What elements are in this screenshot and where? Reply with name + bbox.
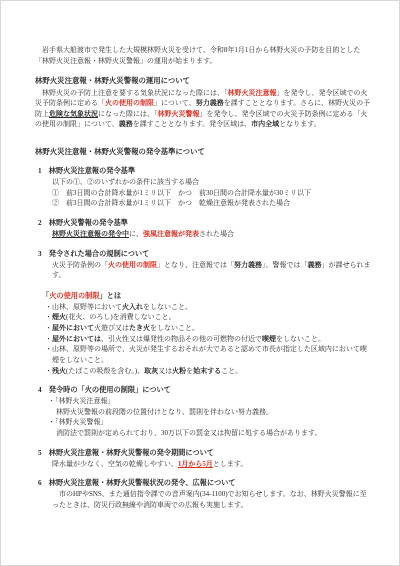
heading-criteria: 林野火災注意報・林野火災警報の発令基準について bbox=[35, 146, 371, 157]
item4-keiho-description: 消防法で罰則が定められており、30万以下の罰金又は拘留に処する場合があります。 bbox=[56, 428, 371, 439]
item4-bullet-chuiho: ・「林野火災注意報」 bbox=[48, 396, 371, 407]
item2-heading: 2 林野火災警報の発令基準 bbox=[38, 218, 371, 229]
restriction-bullet-6: ・残火(たばこの吸殻を含む。)、取灰又は火粉を始末すること。 bbox=[45, 366, 371, 377]
item1-condition1: ① 前3日間の合計降水量が1ミリ以下 かつ 前30日間の合計降水量が30ミリ以下 bbox=[52, 188, 371, 199]
item3-heading: 3 発令された場合の規制について bbox=[38, 249, 371, 260]
item2-body: 林野火災注意報の発令中に、強風注意報が発表された場合 bbox=[52, 229, 371, 240]
item6-body: 市のHPやSNS、また通信指令課での音声案内(34-1100)でお知らせします。… bbox=[52, 489, 371, 510]
restriction-bullet-2: ・煙火(花火、のろし)を消費しないこと。 bbox=[45, 312, 371, 323]
item6-heading: 6 林野火災注意報・林野火災警報状況の発令、広報について bbox=[38, 478, 371, 489]
intro-paragraph: 岩手県大船渡市で発生した大規模林野火災を受けて、令和8年1月1日から林野火災の予… bbox=[35, 45, 371, 66]
restriction-bullet-1: ・山林、原野等において火入れをしないこと。 bbox=[45, 302, 371, 313]
item5-heading: 5 林野火災注意報・林野火災警報の発令期間について bbox=[38, 448, 371, 459]
fire-use-restriction-heading: 「火の使用の制限」とは bbox=[42, 291, 371, 302]
item1-intro: 以下の①、②のいずれかの条件に該当する場合 bbox=[52, 177, 371, 188]
restriction-bullet-5: ・山林、原野等の場所で、火災が発生するおそれが大であると認めて市長が指定した区域… bbox=[45, 344, 371, 365]
item3-body: 火災予防条例の「火の使用の制限」となり、注意報では「努力義務」、警報では「義務」… bbox=[52, 260, 371, 281]
item5-body: 降水量が少なく、空気の乾燥しやすい、1月から5月とします。 bbox=[52, 459, 371, 470]
item4-heading: 4 発令時の「火の使用の制限」について bbox=[38, 385, 371, 396]
restriction-bullet-3: ・屋外において火遊び又はたき火をしないこと。 bbox=[45, 323, 371, 334]
heading-operation: 林野火災注意報・林野火災警報の運用について bbox=[35, 75, 371, 86]
restriction-bullet-4: ・屋外においては、引火性又は爆発性の物品その他の可燃物の付近で喫煙をしないこと。 bbox=[45, 334, 371, 345]
operation-paragraph: 林野火災の予防上注意を要する気象状況になった際には、「林野火災注意報」を発令し、… bbox=[35, 88, 371, 131]
document-page: 岩手県大船渡市で発生した大規模林野火災を受けて、令和8年1月1日から林野火災の予… bbox=[0, 0, 400, 566]
item1-condition2: ② 前3日間の合計降水量が1ミリ以下 かつ 乾燥注意報が発表された場合 bbox=[52, 198, 371, 209]
item4-chuiho-description: 林野火災警報の前段階の位置付けとなり、罰則を伴わない努力義務。 bbox=[56, 407, 371, 418]
item1-heading: 1 林野火災注意報の発令基準 bbox=[38, 166, 371, 177]
item4-bullet-keiho: ・「林野火災警報」 bbox=[48, 417, 371, 428]
